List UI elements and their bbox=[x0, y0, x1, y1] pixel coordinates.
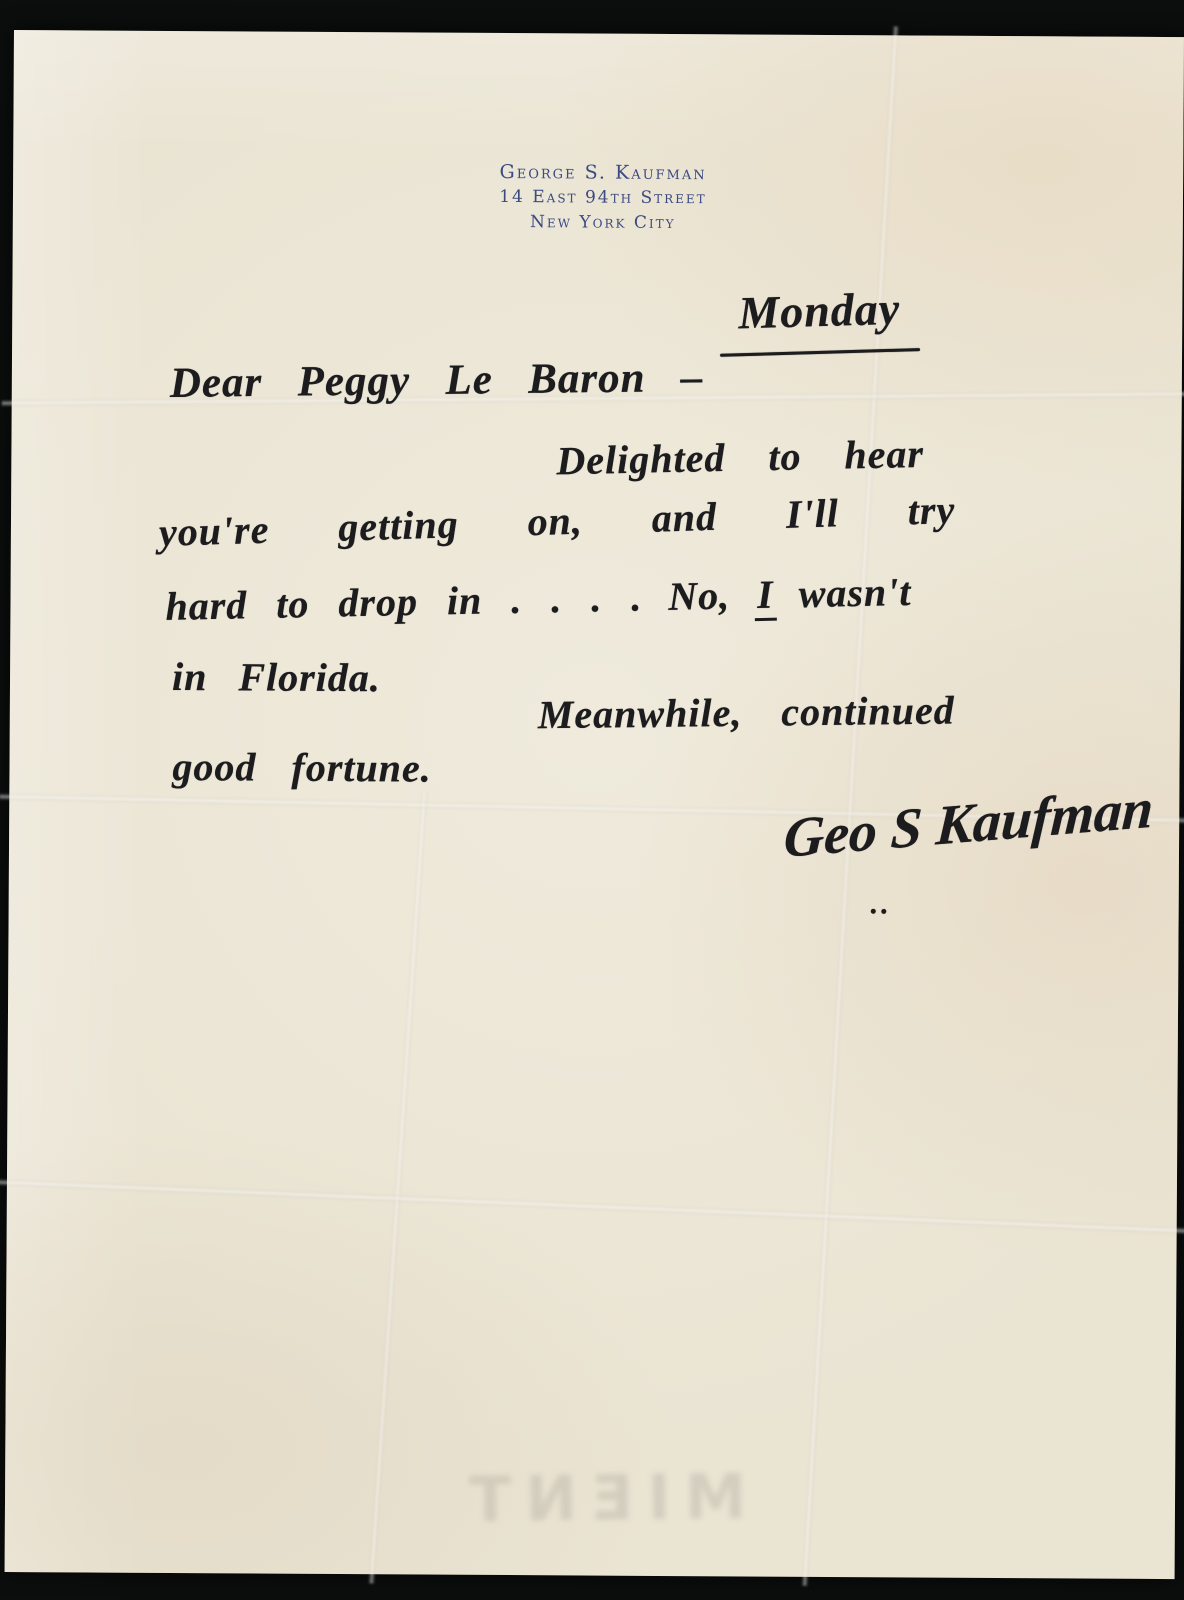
letterhead-city: New York City bbox=[413, 209, 793, 236]
body-line-3-post: wasn't bbox=[798, 569, 912, 616]
body-line-5: Meanwhile, continued bbox=[538, 686, 955, 738]
letterhead-name: George S. Kaufman bbox=[413, 158, 793, 186]
vertical-fold-left bbox=[368, 793, 427, 1584]
letter-paper: George S. Kaufman 14 East 94th Street Ne… bbox=[5, 30, 1184, 1579]
body-line-2: you're getting on, and I'll try bbox=[158, 486, 956, 556]
body-line-3-no: No, bbox=[668, 573, 731, 619]
scanned-letter-photo: George S. Kaufman 14 East 94th Street Ne… bbox=[0, 0, 1184, 1600]
salutation: Dear Peggy Le Baron – bbox=[170, 353, 704, 408]
body-line-3: hard to drop in . . . .No,Iwasn't bbox=[165, 568, 912, 630]
body-line-1: Delighted to hear bbox=[556, 430, 925, 484]
show-through-ghost-text: MIENT bbox=[455, 1460, 747, 1536]
horizontal-fold-bottom bbox=[0, 1179, 1184, 1234]
letterhead: George S. Kaufman 14 East 94th Street Ne… bbox=[413, 158, 793, 236]
body-line-3-underlined-word: I bbox=[754, 572, 778, 621]
date-underline-stroke bbox=[720, 348, 920, 357]
signature-dots: .. bbox=[871, 887, 892, 921]
body-line-6: good fortune. bbox=[172, 743, 432, 792]
signature: Geo S Kaufman bbox=[782, 776, 1155, 871]
date-line: Monday bbox=[738, 282, 901, 340]
body-line-4: in Florida. bbox=[172, 653, 381, 701]
body-line-3-pre: hard to drop in . . . . bbox=[165, 574, 643, 629]
letterhead-address: 14 East 94th Street bbox=[413, 184, 793, 211]
